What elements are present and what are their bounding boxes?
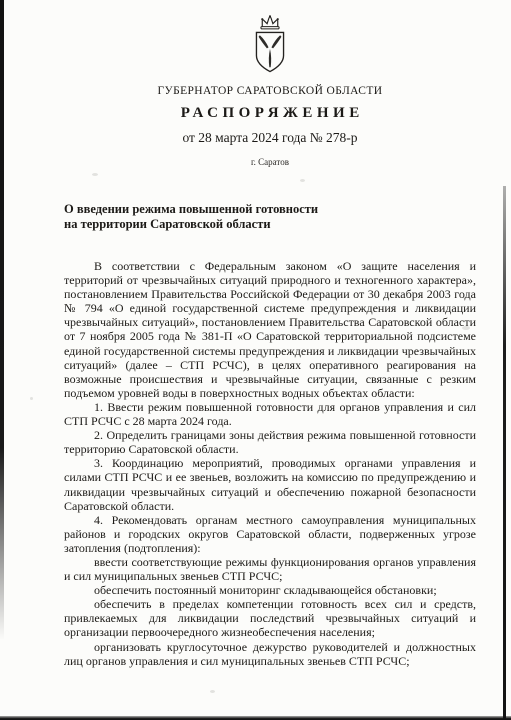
body-paragraph-item-4: 4. Рекомендовать органам местного самоуп…	[64, 513, 476, 555]
body-paragraph-subitem-4: организовать круглосуточное дежурство ру…	[64, 640, 476, 668]
body-paragraph-item-1: 1. Ввести режим повышенной готовности дл…	[64, 400, 476, 428]
coat-of-arms-icon	[64, 14, 476, 74]
body-paragraph-subitem-3: обеспечить в пределах компетенции готовн…	[64, 597, 476, 639]
document-title: О введении режима повышенной готовности …	[64, 202, 476, 231]
body-paragraph-subitem-1: ввести соответствующие режимы функционир…	[64, 555, 476, 583]
document-title-line1: О введении режима повышенной готовности	[64, 202, 476, 217]
document-content: ГУБЕРНАТОР САРАТОВСКОЙ ОБЛАСТИ РАСПОРЯЖЕ…	[64, 14, 476, 668]
issuing-authority: ГУБЕРНАТОР САРАТОВСКОЙ ОБЛАСТИ	[64, 85, 476, 97]
scan-edge-right	[503, 186, 506, 720]
document-type-heading: РАСПОРЯЖЕНИЕ	[64, 105, 476, 122]
document-place: г. Саратов	[64, 157, 476, 167]
body-paragraph-subitem-2: обеспечить постоянный мониторинг складыв…	[64, 583, 476, 597]
document-body: В соответствии с Федеральным законом «О …	[64, 259, 476, 668]
document-page: ГУБЕРНАТОР САРАТОВСКОЙ ОБЛАСТИ РАСПОРЯЖЕ…	[0, 0, 511, 720]
scan-edge-left	[0, 0, 4, 640]
scan-artifact	[210, 690, 215, 693]
scan-artifact	[30, 397, 33, 400]
document-date-number: от 28 марта 2024 года № 278-р	[64, 130, 476, 146]
body-paragraph-item-3: 3. Координацию мероприятий, проводимых о…	[64, 456, 476, 512]
body-paragraph-item-2: 2. Определить границами зоны действия ре…	[64, 428, 476, 456]
document-title-line2: на территории Саратовской области	[64, 217, 476, 232]
scan-edge-bottom	[0, 716, 511, 720]
body-paragraph-intro: В соответствии с Федеральным законом «О …	[64, 259, 476, 400]
